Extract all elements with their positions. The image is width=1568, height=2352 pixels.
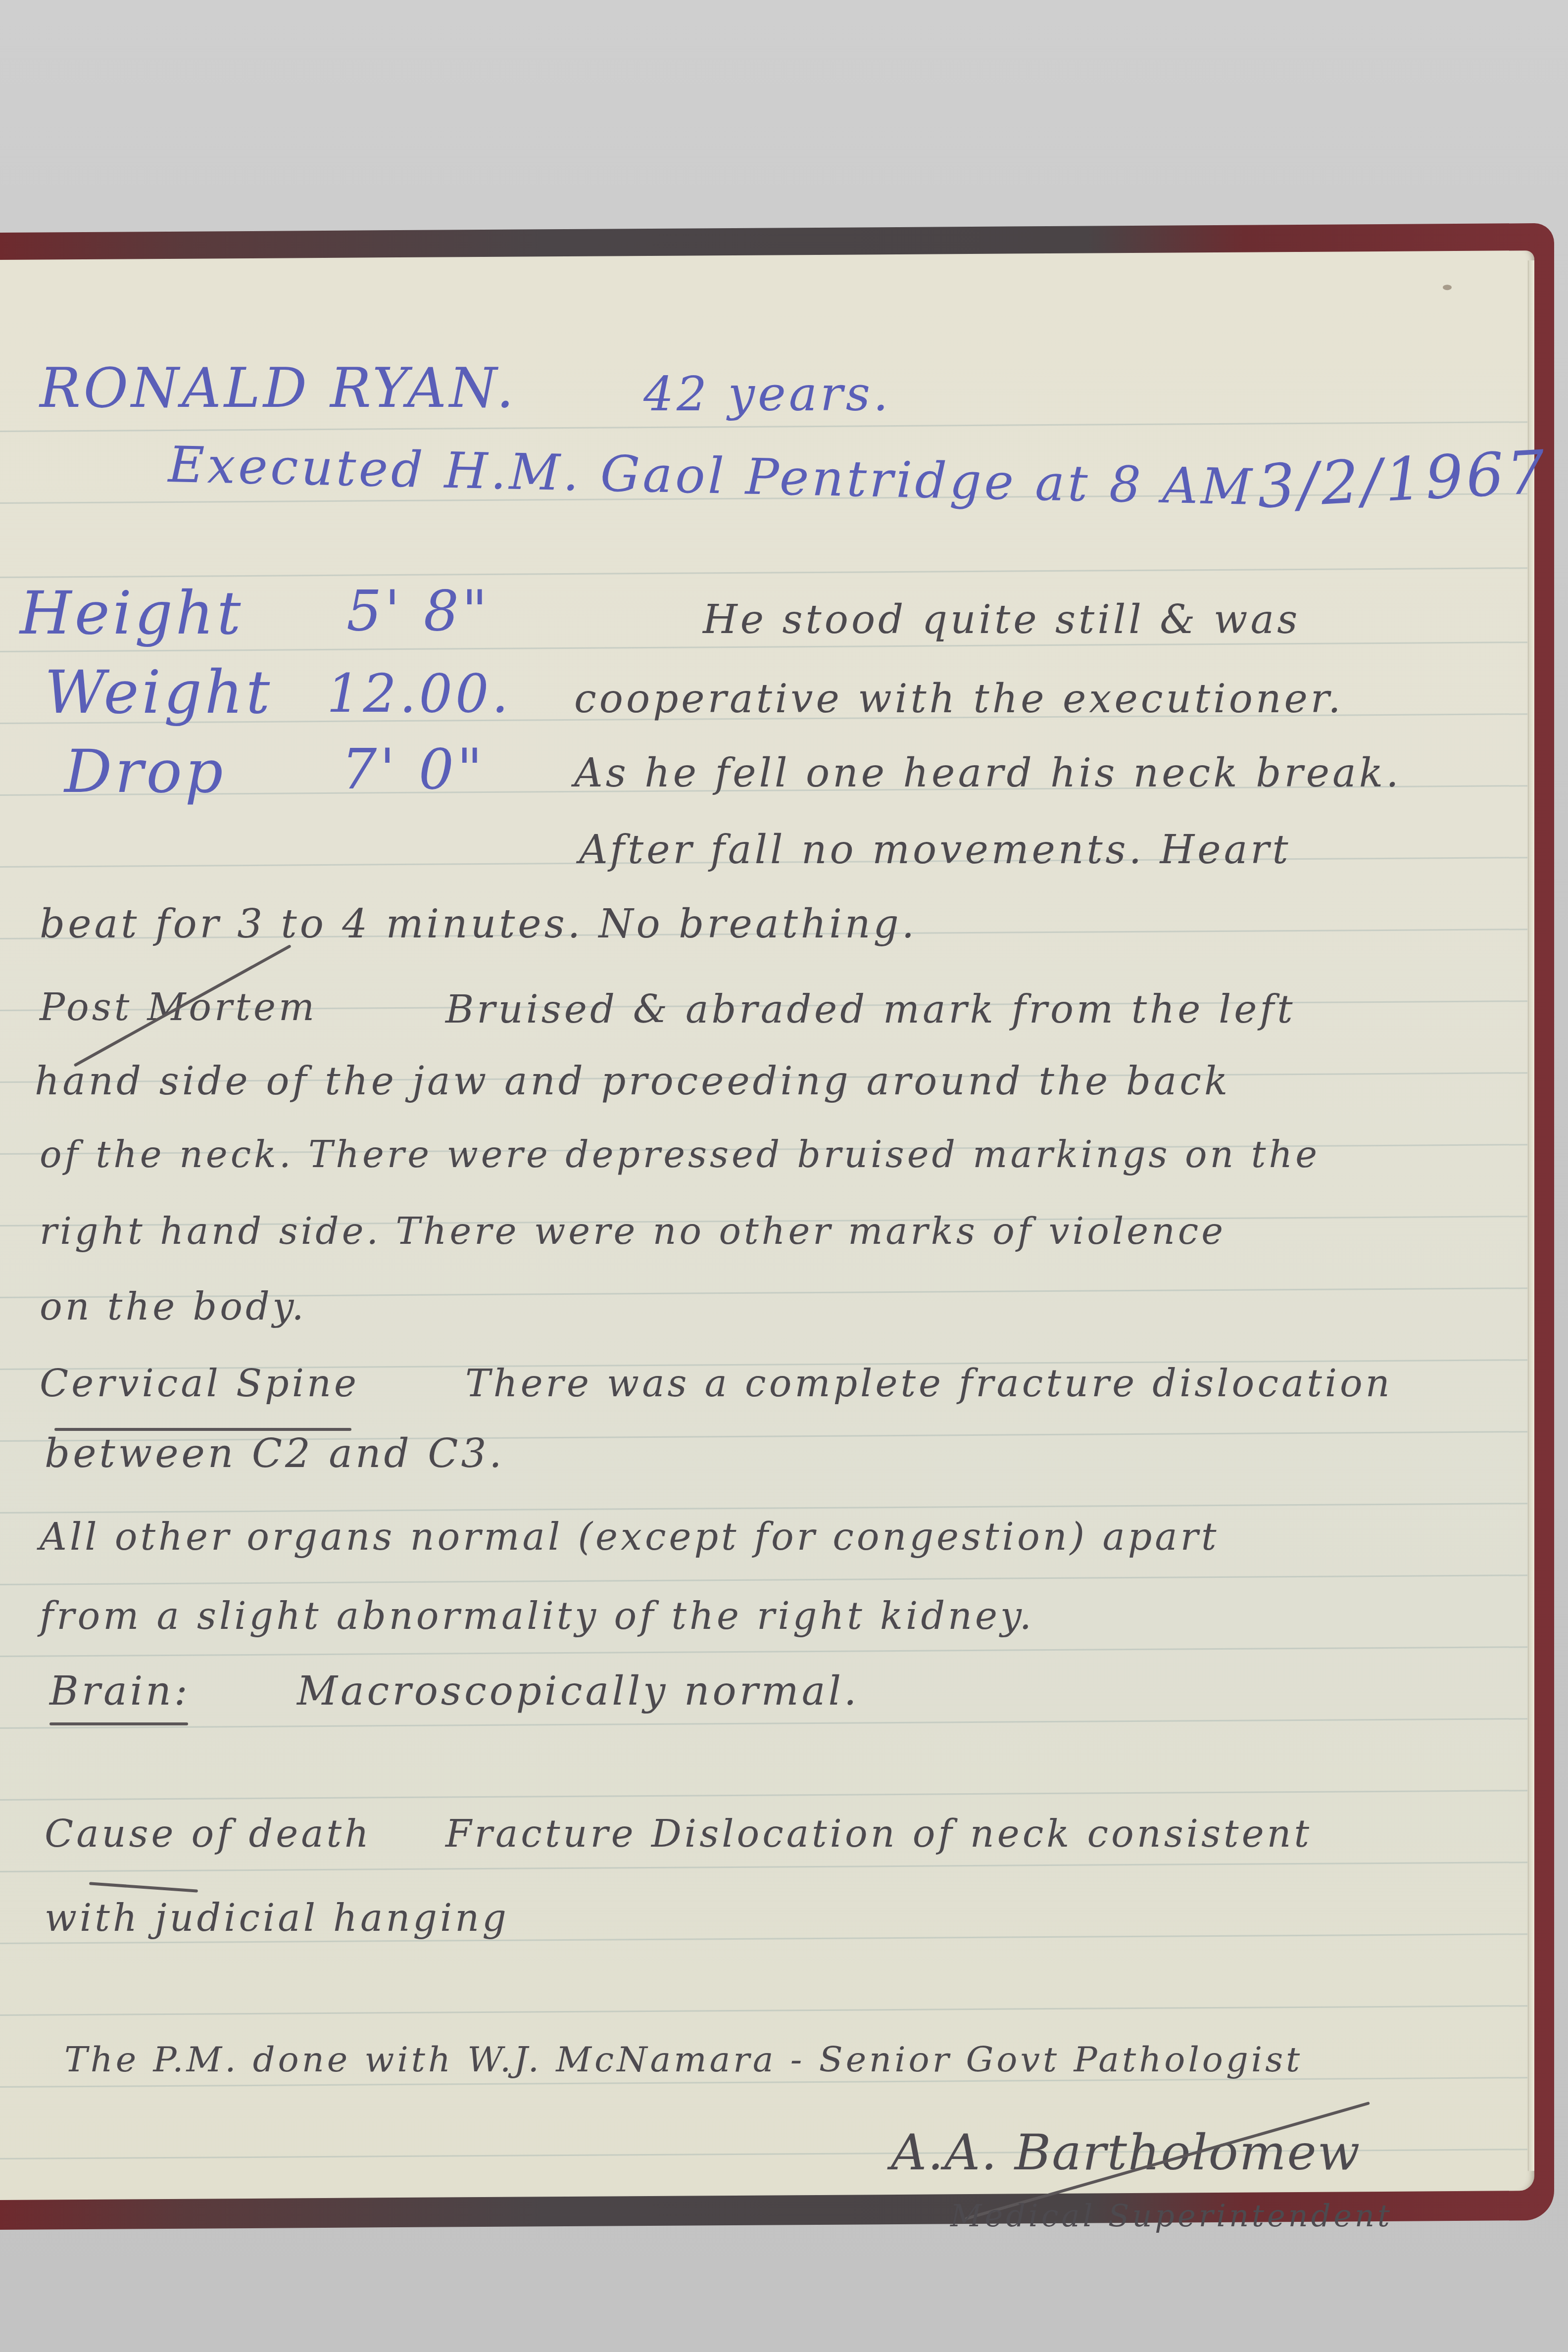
ruled-line [0,1790,1527,1801]
ruled-line [0,1574,1527,1585]
ruled-line [0,567,1527,578]
narrative-line-4: After fall no movements. Heart [579,827,1291,873]
ruled-line [0,421,1527,432]
ruled-line [0,1646,1527,1657]
attribution-line: The P.M. done with W.J. McNamara - Senio… [64,2039,1303,2080]
cervical-spine-line-2: between C2 and C3. [45,1430,505,1476]
cause-of-death-line-1: Fracture Dislocation of neck consistent [445,1812,1312,1856]
post-mortem-line-2: hand side of the jaw and proceeding arou… [35,1059,1230,1104]
post-mortem-line-5: on the body. [40,1284,307,1328]
paper-stain [1443,285,1452,290]
page-edge [1528,260,1534,2171]
narrative-line-1: He stood quite still & was [703,596,1300,642]
height-label: Height [20,579,244,648]
brain-underline [49,1722,188,1725]
brain-text: Macroscopically normal. [297,1668,859,1714]
narrative-line-2: cooperative with the executioner. [574,676,1344,722]
weight-label: Weight [45,658,273,727]
post-mortem-line-4: right hand side. There were no other mar… [40,1210,1226,1253]
subject-age: 42 years. [643,366,891,422]
cause-of-death-line-2: with judicial hanging [45,1896,509,1940]
post-mortem-line-1: Bruised & abraded mark from the left [445,987,1296,1032]
narrative-line-5: beat for 3 to 4 minutes. No breathing. [40,901,917,947]
cervical-spine-line-1: There was a complete fracture dislocatio… [465,1361,1393,1405]
brain-heading: Brain: [49,1668,191,1714]
drop-label: Drop [64,737,226,806]
organs-line-2: from a slight abnormality of the right k… [40,1594,1034,1638]
height-value: 5' 8" [346,579,490,643]
cervical-spine-heading: Cervical Spine [40,1361,359,1405]
weight-value: 12.00. [327,663,511,724]
signature-title: Medical Superintendent [950,2198,1393,2234]
subject-name: RONALD RYAN. [40,356,517,420]
narrative-line-3: As he fell one heard his neck break. [574,750,1402,796]
organs-line-1: All other organs normal (except for cong… [40,1515,1220,1559]
ruled-line [0,1862,1527,1872]
drop-value: 7' 0" [342,737,485,802]
post-mortem-line-3: of the neck. There were depressed bruise… [40,1133,1320,1176]
ruled-line [0,1503,1527,1514]
ruled-line [0,2005,1527,2016]
cause-of-death-heading: Cause of death [45,1812,372,1856]
ruled-line [0,1718,1527,1729]
